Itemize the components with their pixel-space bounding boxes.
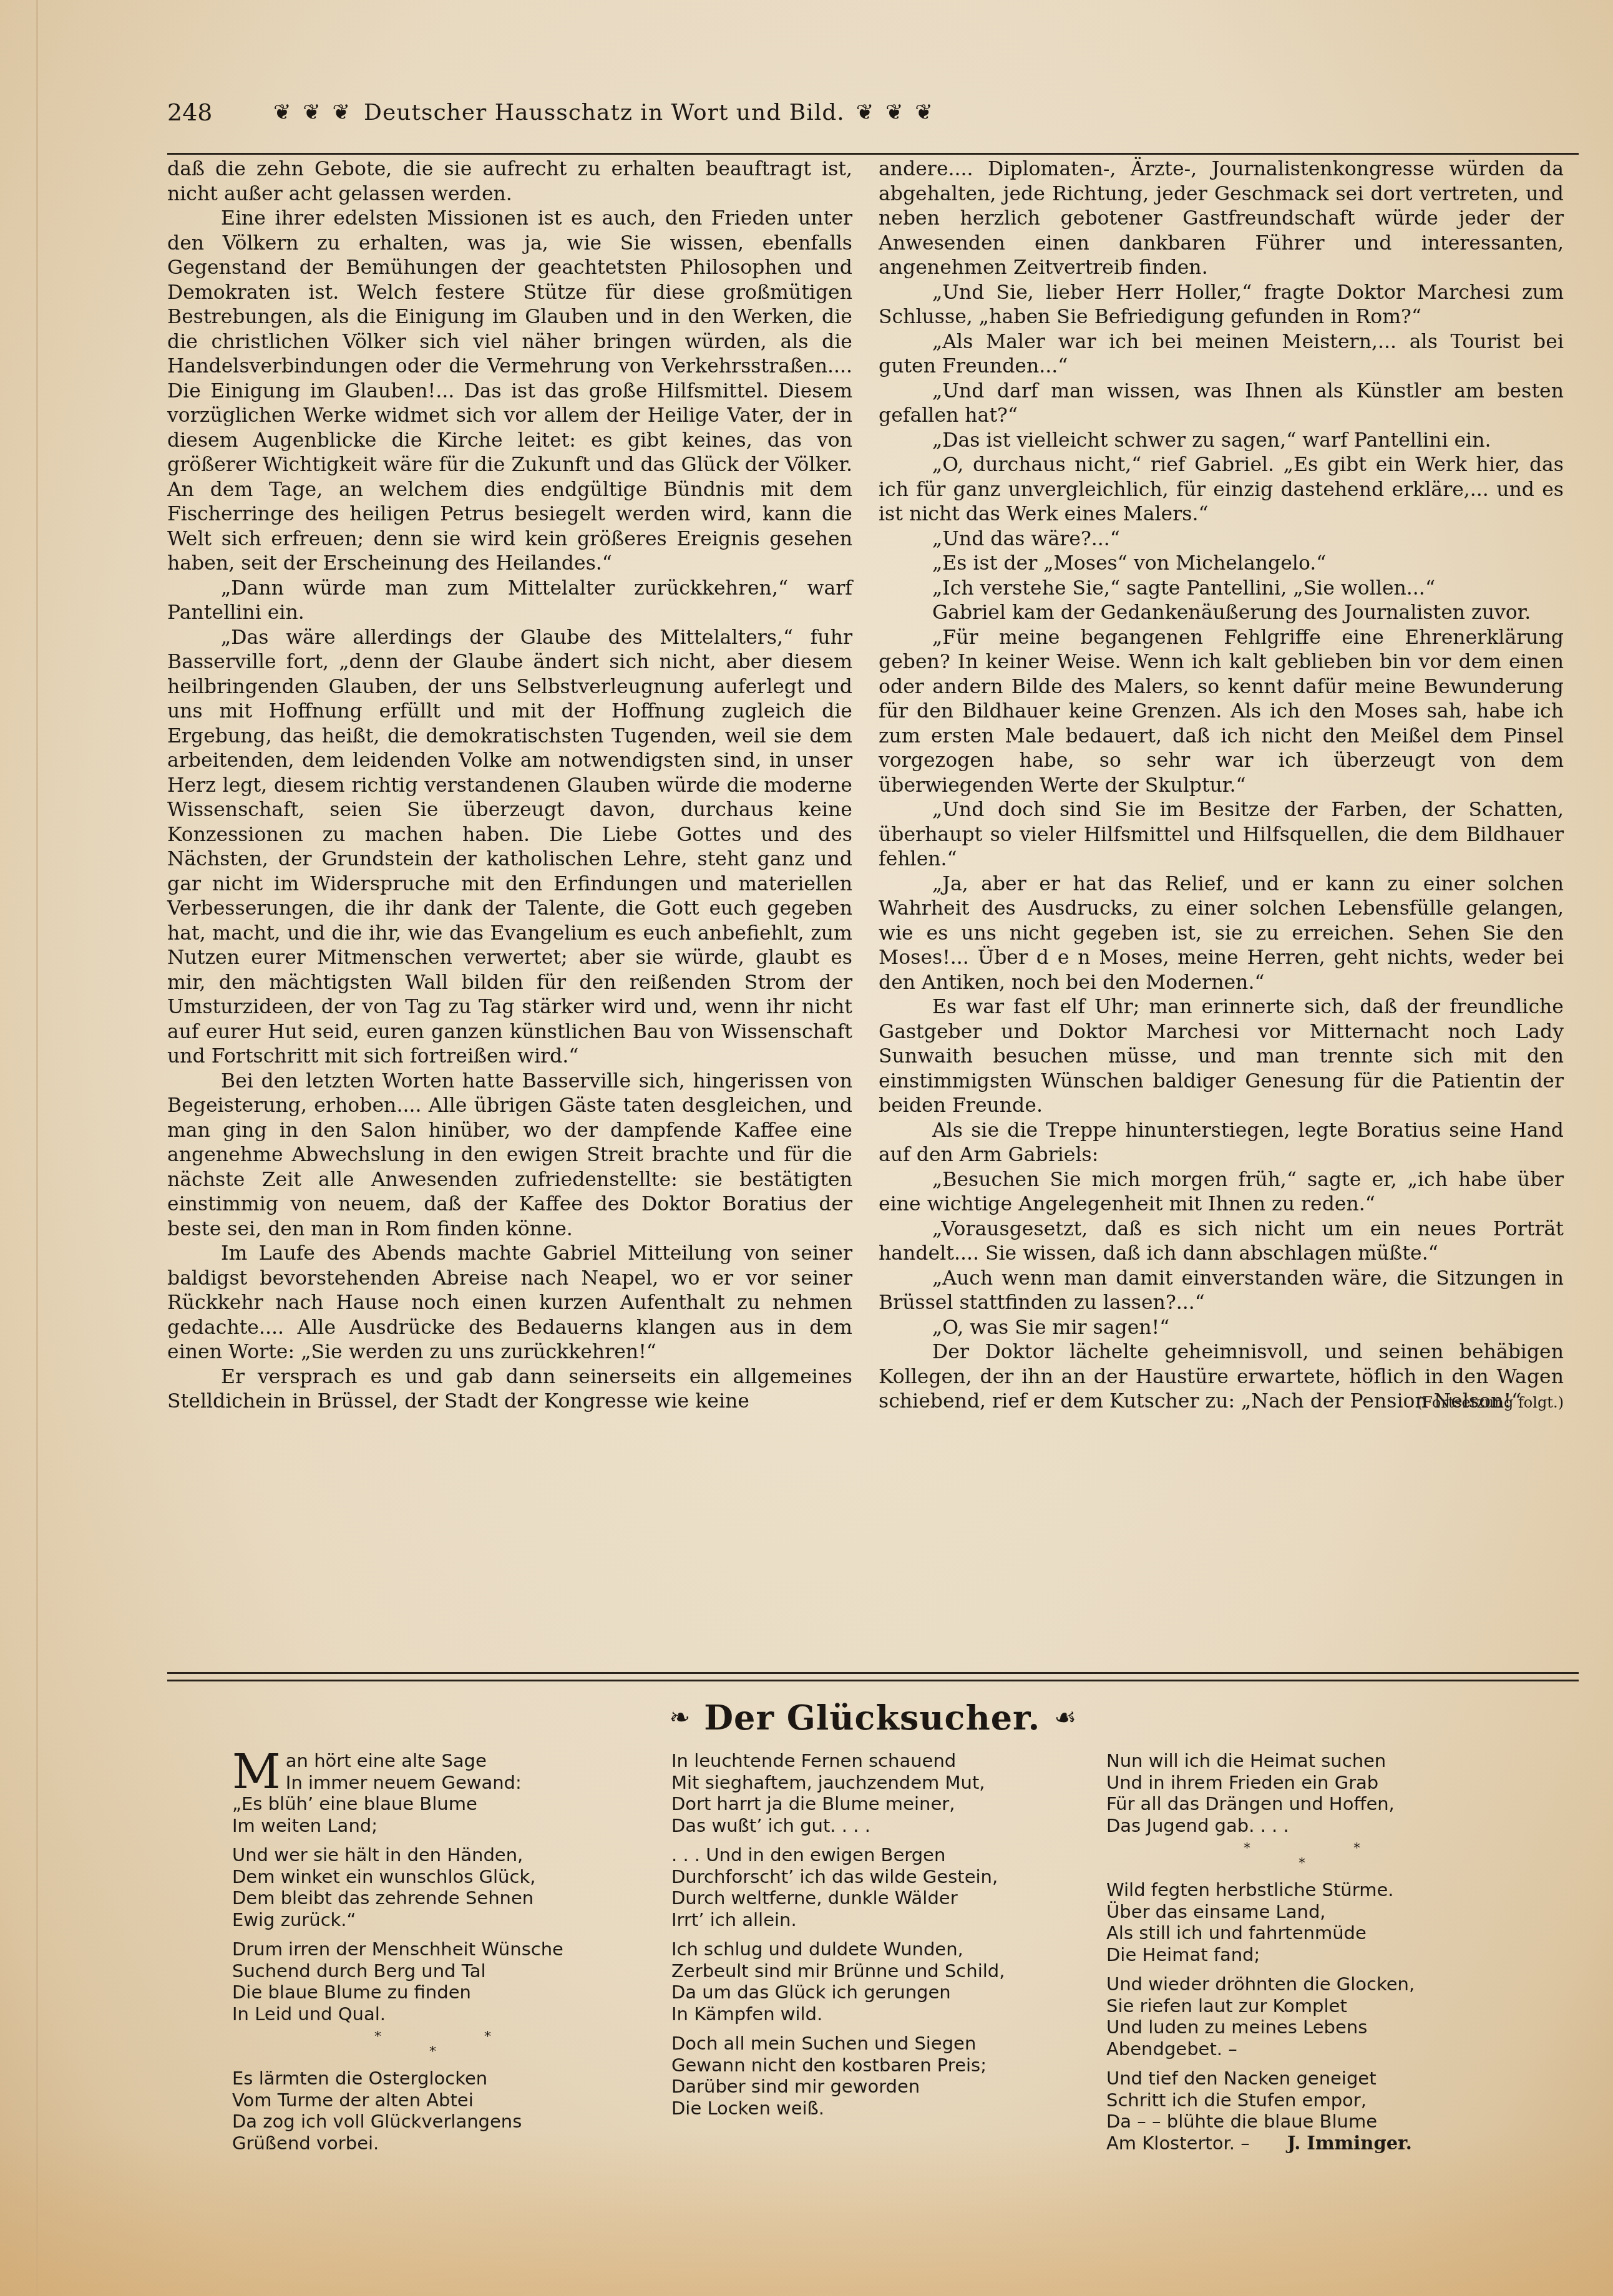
verse-line: Gewann nicht den kostbaren Preis; <box>671 2055 1071 2076</box>
paragraph: „Vorausgesetzt, daß es sich nicht um ein… <box>879 1217 1564 1267</box>
verse-line: . . . Und in den ewigen Bergen <box>671 1844 1071 1866</box>
running-header: 248 ❦ ❦ ❦ Deutscher Hausschatz in Wort u… <box>167 94 1571 131</box>
verse-line: Die Heimat fand; <box>1106 1944 1543 1966</box>
paragraph: „Und darf man wissen, was Ihnen als Küns… <box>879 379 1564 429</box>
paragraph: Im Laufe des Abends machte Gabriel Mitte… <box>167 1242 852 1365</box>
paragraph: „Und Sie, lieber Herr Holler,“ fragte Do… <box>879 281 1564 330</box>
verse-line: Dem winket ein wunschlos Glück, <box>232 1866 631 1888</box>
verse-line: Abendgebet. – <box>1106 2038 1543 2060</box>
verse-text: Am Klostertor. – <box>1106 2133 1250 2154</box>
poem-column-3: Nun will ich die Heimat suchen Und in ih… <box>1106 1750 1543 2162</box>
verse-line: Suchend durch Berg und Tal <box>232 1960 631 1982</box>
stanza: M an hört eine alte Sage In immer neuem … <box>232 1750 631 1836</box>
asterisk-icon: * <box>1353 1838 1360 1860</box>
verse-line: Und luden zu meines Lebens <box>1106 2016 1543 2038</box>
verse-line: Schritt ich die Stufen empor, <box>1106 2089 1543 2111</box>
asterism-separator: * * * <box>232 2026 631 2064</box>
leaf-ornament-icon: ❧ <box>670 1703 691 1732</box>
leaf-ornament-icon: ☙ <box>1054 1703 1076 1732</box>
verse-line: „Es blüh’ eine blaue Blume <box>232 1793 631 1815</box>
paragraph: Bei den letzten Worten hatte Basserville… <box>167 1069 852 1242</box>
verse-line: Da um das Glück ich gerungen <box>671 1982 1071 2003</box>
stanza: Ich schlug und duldete Wunden, Zerbeult … <box>671 1938 1071 2025</box>
verse-line: Da – – blühte die blaue Blume <box>1106 2111 1543 2133</box>
asterisk-icon: * <box>1299 1853 1305 1875</box>
drop-cap: M <box>232 1753 281 1791</box>
verse-line: Dem bleibt das zehrende Sehnen <box>232 1887 631 1909</box>
verse-line: Ich schlug und duldete Wunden, <box>671 1938 1071 1960</box>
stanza: Nun will ich die Heimat suchen Und in ih… <box>1106 1750 1543 1836</box>
paragraph: „Dann würde man zum Mittelalter zurückke… <box>167 576 852 626</box>
section-rule-bottom <box>167 1680 1579 1681</box>
flourish-ornament-icon: ❦ ❦ ❦ <box>273 100 353 125</box>
verse-line: Die Locken weiß. <box>671 2098 1071 2119</box>
verse-line: Im weiten Land; <box>232 1815 631 1837</box>
verse-line: Und wer sie hält in den Händen, <box>232 1844 631 1866</box>
verse-line: Mit sieghaftem, jauchzendem Mut, <box>671 1772 1071 1794</box>
stanza: Und wieder dröhnten die Glocken, Sie rie… <box>1106 1973 1543 2060</box>
stanza: Und tief den Nacken geneiget Schritt ich… <box>1106 2068 1543 2154</box>
paragraph: „Auch wenn man damit einverstanden wäre,… <box>879 1267 1564 1316</box>
poem-column-2: In leuchtende Fernen schauend Mit siegha… <box>671 1750 1071 2127</box>
poem-column-1: M an hört eine alte Sage In immer neuem … <box>232 1750 631 2162</box>
asterism-separator: * * * <box>1106 1838 1543 1875</box>
verse-line: Das wußt’ ich gut. . . . <box>671 1815 1071 1837</box>
verse-line: Und tief den Nacken geneiget <box>1106 2068 1543 2089</box>
running-title: Deutscher Hausschatz in Wort und Bild. <box>364 100 845 125</box>
verse-line: In Leid und Qual. <box>232 2003 631 2025</box>
verse-line: Als still ich und fahrtenmüde <box>1106 1922 1543 1944</box>
verse-line: Am Klostertor. –J. Imminger. <box>1106 2133 1543 2154</box>
paragraph: „Das wäre allerdings der Glaube des Mitt… <box>167 626 852 1069</box>
page-number: 248 <box>167 99 267 126</box>
paragraph: „Das ist vielleicht schwer zu sagen,“ wa… <box>879 429 1564 454</box>
verse-line: Darüber sind mir geworden <box>671 2076 1071 2098</box>
paragraph: Er versprach es und gab dann seinerseits… <box>167 1365 852 1414</box>
paragraph: „Für meine begangenen Fehlgriffe eine Eh… <box>879 626 1564 799</box>
paragraph: „Als Maler war ich bei meinen Meistern,.… <box>879 330 1564 379</box>
paragraph: „Und doch sind Sie im Besitze der Farben… <box>879 798 1564 872</box>
verse-line: Die blaue Blume zu finden <box>232 1982 631 2003</box>
page-binding-edge <box>36 0 38 2296</box>
stanza: Es lärmten die Osterglocken Vom Turme de… <box>232 2068 631 2154</box>
verse-line: Durch weltferne, dunkle Wälder <box>671 1887 1071 1909</box>
flourish-ornament-icon: ❦ ❦ ❦ <box>856 100 935 125</box>
paragraph: Gabriel kam der Gedankenäußerung des Jou… <box>879 601 1564 626</box>
asterisk-icon: * <box>429 2041 436 2063</box>
paragraph: Es war fast elf Uhr; man erinnerte sich,… <box>879 995 1564 1119</box>
stanza: Wild fegten herbstliche Stürme. Über das… <box>1106 1879 1543 1965</box>
paragraph: andere.... Diplomaten-, Ärzte-, Journali… <box>879 157 1564 281</box>
asterisk-icon: * <box>484 2026 491 2048</box>
paragraph: „Und das wäre?...“ <box>879 527 1564 552</box>
verse-line: In Kämpfen wild. <box>671 2003 1071 2025</box>
verse-line: Grüßend vorbei. <box>232 2133 631 2154</box>
stanza: Und wer sie hält in den Händen, Dem wink… <box>232 1844 631 1930</box>
verse-line: Nun will ich die Heimat suchen <box>1106 1750 1543 1772</box>
paragraph: Als sie die Treppe hinunterstiegen, legt… <box>879 1119 1564 1168</box>
verse-line: Vom Turme der alten Abtei <box>232 2089 631 2111</box>
verse-line: In immer neuem Gewand: <box>232 1772 631 1794</box>
verse-line: In leuchtende Fernen schauend <box>671 1750 1071 1772</box>
verse-line: Drum irren der Menschheit Wünsche <box>232 1938 631 1960</box>
stanza: In leuchtende Fernen schauend Mit siegha… <box>671 1750 1071 1836</box>
verse-line: Durchforscht’ ich das wilde Gestein, <box>671 1866 1071 1888</box>
verse-line: Das Jugend gab. . . . <box>1106 1815 1543 1837</box>
stanza: . . . Und in den ewigen Bergen Durchfors… <box>671 1844 1071 1930</box>
asterisk-icon: * <box>374 2026 381 2048</box>
section-rule-top <box>167 1672 1579 1674</box>
verse-line: Irrt’ ich allein. <box>671 1909 1071 1931</box>
verse-line: Zerbeult sind mir Brünne und Schild, <box>671 1960 1071 1982</box>
verse-line: Dort harrt ja die Blume meiner, <box>671 1793 1071 1815</box>
article-column-left: daß die zehn Gebote, die sie aufrecht zu… <box>167 157 852 1414</box>
stanza: Drum irren der Menschheit Wünsche Suchen… <box>232 1938 631 2025</box>
verse-line: Für all das Drängen und Hoffen, <box>1106 1793 1543 1815</box>
paragraph: Eine ihrer edelsten Missionen ist es auc… <box>167 207 852 576</box>
verse-line: Und in ihrem Frieden ein Grab <box>1106 1772 1543 1794</box>
stanza: Doch all mein Suchen und Siegen Gewann n… <box>671 2033 1071 2119</box>
verse-line: Sie riefen laut zur Komplet <box>1106 1995 1543 2017</box>
verse-line: Ewig zurück.“ <box>232 1909 631 1931</box>
verse-line: Da zog ich voll Glückverlangens <box>232 2111 631 2133</box>
paragraph: „O, durchaus nicht,“ rief Gabriel. „Es g… <box>879 453 1564 527</box>
verse-line: an hört eine alte Sage <box>232 1750 631 1772</box>
verse-line: Über das einsame Land, <box>1106 1901 1543 1923</box>
poem-title: Der Glücksucher. <box>704 1698 1040 1738</box>
verse-line: Wild fegten herbstliche Stürme. <box>1106 1879 1543 1901</box>
poem-title-row: ❧ Der Glücksucher. ☙ <box>167 1696 1579 1739</box>
paragraph: „Ich verstehe Sie,“ sagte Pantellini, „S… <box>879 576 1564 601</box>
paragraph: daß die zehn Gebote, die sie aufrecht zu… <box>167 157 852 207</box>
asterisk-icon: * <box>1244 1838 1250 1860</box>
paragraph: „O, was Sie mir sagen!“ <box>879 1316 1564 1341</box>
article-column-right: andere.... Diplomaten-, Ärzte-, Journali… <box>879 157 1564 1415</box>
paragraph: „Es ist der „Moses“ von Michelangelo.“ <box>879 552 1564 576</box>
paragraph: „Ja, aber er hat das Relief, und er kann… <box>879 872 1564 996</box>
poem-author: J. Imminger. <box>1287 2133 1412 2154</box>
verse-line: Doch all mein Suchen und Siegen <box>671 2033 1071 2055</box>
verse-line: Und wieder dröhnten die Glocken, <box>1106 1973 1543 1995</box>
paragraph: „Besuchen Sie mich morgen früh,“ sagte e… <box>879 1168 1564 1217</box>
magazine-page: 248 ❦ ❦ ❦ Deutscher Hausschatz in Wort u… <box>0 0 1613 2296</box>
header-rule <box>167 153 1579 155</box>
verse-line: Es lärmten die Osterglocken <box>232 2068 631 2089</box>
